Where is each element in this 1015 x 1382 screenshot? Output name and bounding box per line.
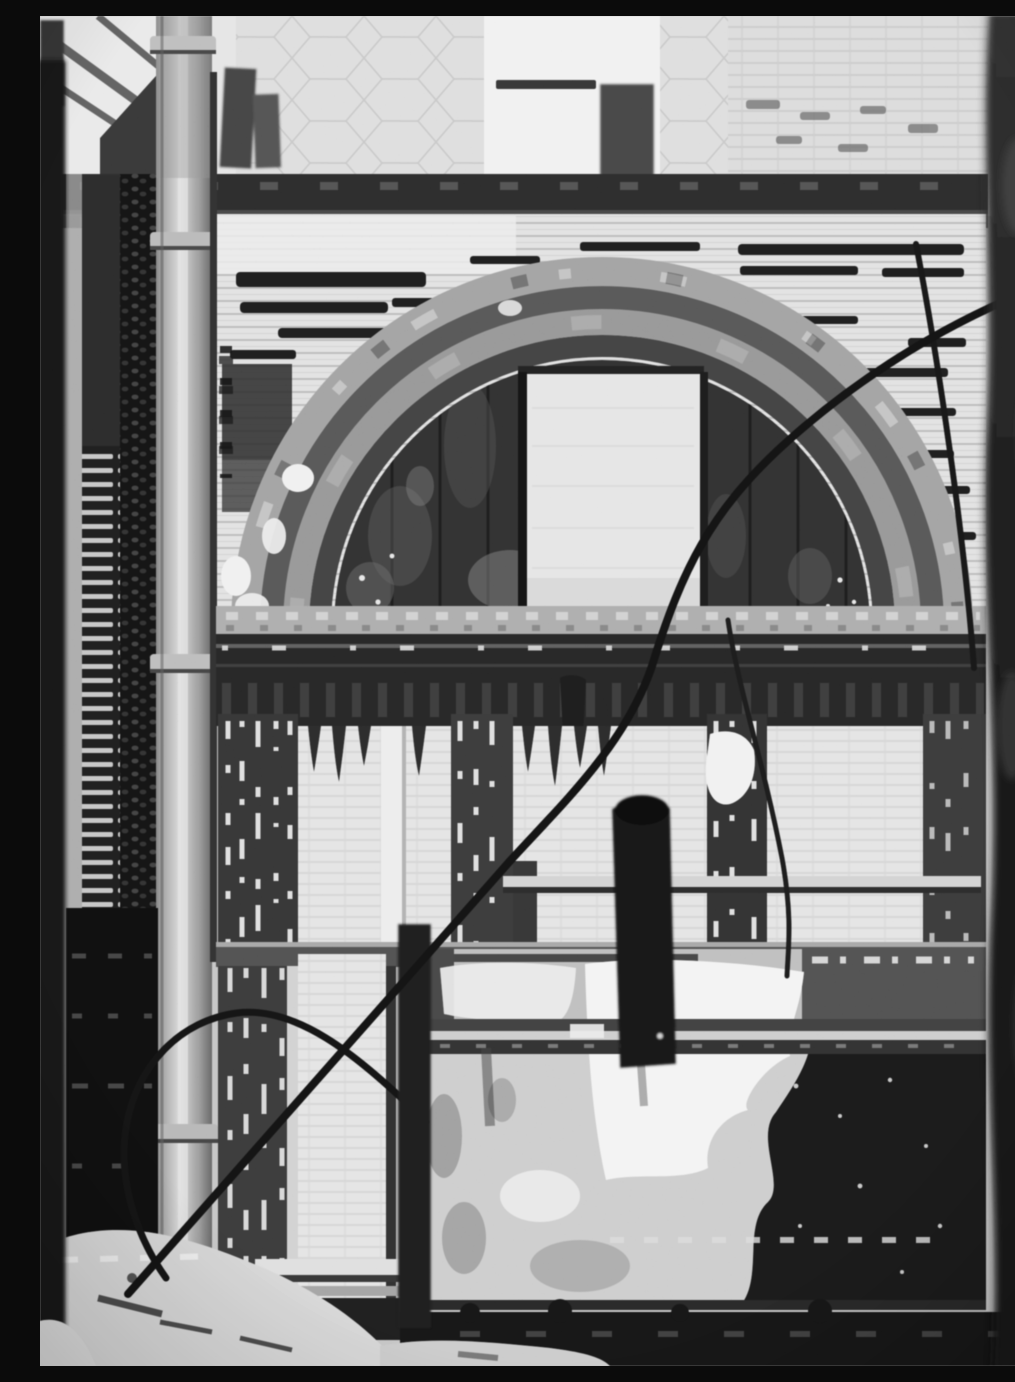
photo-canvas: Burned-out building facade with boarded … [40, 16, 1015, 1366]
vignette [40, 16, 1015, 1366]
photograph: Burned-out building facade with boarded … [40, 16, 1015, 1366]
